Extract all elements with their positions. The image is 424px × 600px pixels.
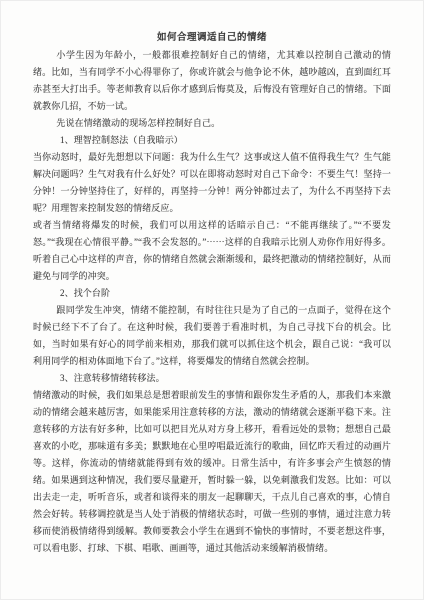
section-heading-3: 3、注意转移情绪转移法。 <box>33 370 391 387</box>
paragraph-section-2: 跟同学发生冲突，情绪不能控制，有时往往只是为了自己的一点面子，觉得在这个时候已经… <box>33 302 391 370</box>
section-heading-2: 2、找个台阶 <box>33 285 391 302</box>
paragraph-section-1a: 当你动怒时，最好先想想以下问题：我为什么生气？这事或这人值不值得我生气？生气能解… <box>33 149 391 217</box>
paragraph-section-1b: 或者当情绪将爆发的时候，我们可以用这样的话暗示自己：“不能再继续了。”“不要发怒… <box>33 217 391 285</box>
paragraph-section-3: 情绪激动的时候，我们如果总是想着眼前发生的事情和跟你发生矛盾的人，那我们本来激动… <box>33 387 391 557</box>
paragraph-intro: 小学生因为年龄小，一般都很难控制好自己的情绪，尤其难以控制自己激动的情绪。比如，… <box>33 47 391 115</box>
paragraph-lead-in: 先说在情绪激动的现场怎样控制好自己。 <box>33 115 391 132</box>
section-heading-1: 1、理智控制怒法（自我暗示） <box>33 132 391 149</box>
document-title: 如何合理调适自己的情绪 <box>33 30 391 47</box>
document-page: 如何合理调适自己的情绪 小学生因为年龄小，一般都很难控制好自己的情绪，尤其难以控… <box>0 0 424 600</box>
